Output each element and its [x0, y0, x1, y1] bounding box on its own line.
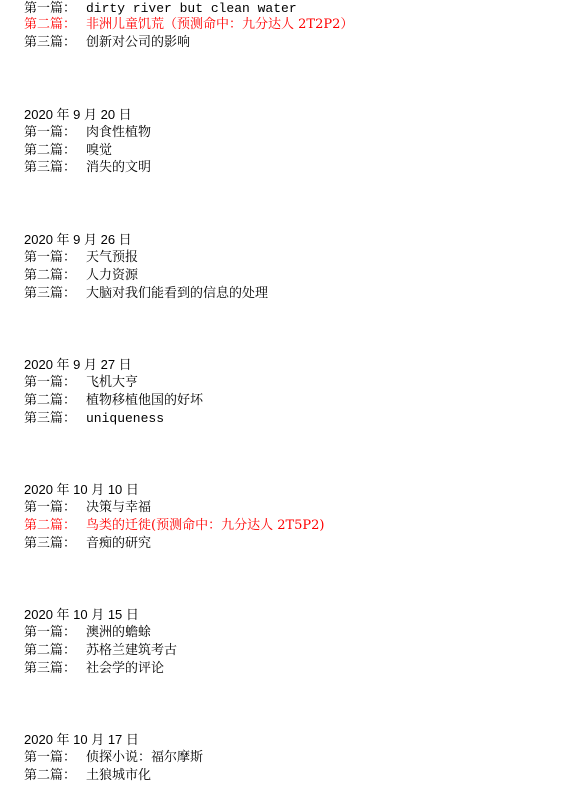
article-label: 第一篇：	[24, 749, 86, 767]
article-title: 音痴的研究	[86, 535, 151, 553]
article-label: 第二篇：	[24, 517, 86, 535]
article-label: 第二篇：	[24, 767, 86, 785]
article-label: 第二篇：	[24, 142, 86, 160]
article-title: 土狼城市化	[86, 767, 151, 785]
article-title: 肉食性植物	[86, 124, 151, 142]
article-line: 第三篇：创新对公司的影响	[24, 34, 190, 52]
article-label: 第一篇：	[24, 249, 86, 267]
article-line: 第三篇：大脑对我们能看到的信息的处理	[24, 285, 268, 303]
article-line: 第三篇：社会学的评论	[24, 660, 164, 678]
article-title: 社会学的评论	[86, 660, 164, 678]
article-label: 第三篇：	[24, 34, 86, 52]
article-title: 鸟类的迁徙(预测命中：九分达人 2T5P2)	[86, 517, 325, 535]
article-title: 创新对公司的影响	[86, 34, 190, 52]
article-line: 第二篇：土狼城市化	[24, 767, 151, 785]
article-title: 天气预报	[86, 249, 138, 267]
article-label: 第三篇：	[24, 285, 86, 303]
article-line: 第一篇：澳洲的蟾蜍	[24, 624, 151, 642]
article-line: 第三篇：uniqueness	[24, 410, 164, 428]
article-title: 决策与幸福	[86, 499, 151, 517]
article-title: 澳洲的蟾蜍	[86, 624, 151, 642]
article-title: 飞机大亨	[86, 374, 138, 392]
entry-date: 2020 年 10 月 15 日	[24, 606, 139, 624]
article-label: 第二篇：	[24, 16, 86, 34]
entry-date: 2020 年 9 月 20 日	[24, 106, 132, 124]
article-line: 第一篇：天气预报	[24, 249, 138, 267]
article-label: 第二篇：	[24, 392, 86, 410]
article-title: 侦探小说：福尔摩斯	[86, 749, 203, 767]
article-label: 第三篇：	[24, 535, 86, 553]
article-title: 植物移植他国的好坏	[86, 392, 203, 410]
article-label: 第一篇：	[24, 124, 86, 142]
article-title: 消失的文明	[86, 159, 151, 177]
article-label: 第三篇：	[24, 159, 86, 177]
article-line-highlighted: 第二篇：鸟类的迁徙(预测命中：九分达人 2T5P2)	[24, 517, 325, 535]
article-title: uniqueness	[86, 410, 164, 428]
article-line: 第二篇：人力资源	[24, 267, 138, 285]
article-label: 第一篇：	[24, 499, 86, 517]
article-label: 第一篇：	[24, 624, 86, 642]
article-line: 第三篇：消失的文明	[24, 159, 151, 177]
entry-date: 2020 年 10 月 10 日	[24, 481, 139, 499]
article-line: 第二篇：苏格兰建筑考古	[24, 642, 177, 660]
article-title: 非洲儿童饥荒（预测命中：九分达人 2T2P2）	[86, 16, 353, 34]
article-label: 第二篇：	[24, 267, 86, 285]
article-line: 第三篇：音痴的研究	[24, 535, 151, 553]
article-title: 嗅觉	[86, 142, 112, 160]
article-line: 第一篇：飞机大亨	[24, 374, 138, 392]
article-line-highlighted: 第二篇：非洲儿童饥荒（预测命中：九分达人 2T2P2）	[24, 16, 353, 34]
article-line: 第二篇：植物移植他国的好坏	[24, 392, 203, 410]
article-label: 第三篇：	[24, 410, 86, 428]
article-label: 第一篇：	[24, 374, 86, 392]
article-label: 第三篇：	[24, 660, 86, 678]
article-title: 苏格兰建筑考古	[86, 642, 177, 660]
article-line: 第一篇：肉食性植物	[24, 124, 151, 142]
entry-date: 2020 年 9 月 26 日	[24, 231, 132, 249]
entry-date: 2020 年 9 月 27 日	[24, 356, 132, 374]
article-title: 人力资源	[86, 267, 138, 285]
article-line: 第二篇：嗅觉	[24, 142, 112, 160]
article-label: 第二篇：	[24, 642, 86, 660]
article-line: 第一篇：决策与幸福	[24, 499, 151, 517]
entry-date: 2020 年 10 月 17 日	[24, 731, 139, 749]
article-line: 第一篇：侦探小说：福尔摩斯	[24, 749, 203, 767]
article-title: 大脑对我们能看到的信息的处理	[86, 285, 268, 303]
